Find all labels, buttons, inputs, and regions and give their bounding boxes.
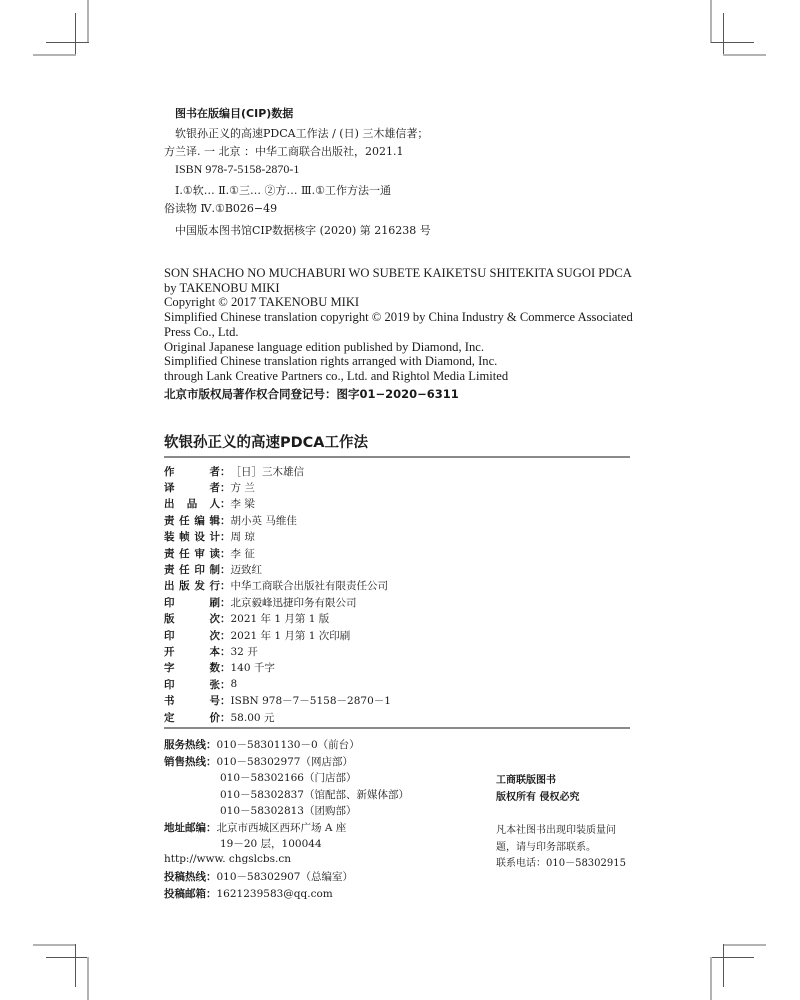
info-value: 北京毅峰迅捷印务有限公司: [231, 595, 357, 610]
cip-catalog-number: 中国版本图书馆CIP数据核字 (2020) 第 216238 号: [175, 224, 431, 238]
info-label: 装帧设计: [164, 529, 220, 544]
sales-hotline: 销售热线：010－58302977（网店部）: [164, 754, 353, 769]
quality-notice: 题，请与印务部联系。: [496, 838, 596, 853]
divider-top: [164, 456, 630, 458]
info-label-char: 张: [210, 677, 221, 692]
info-separator: ：: [220, 464, 231, 479]
info-value: 胡小英 马维佳: [231, 513, 297, 528]
info-label: 字数: [164, 660, 220, 675]
submission-email-label: 投稿邮箱：: [164, 888, 217, 900]
info-label-char: 作: [164, 464, 175, 479]
info-label-char: 计: [209, 529, 220, 544]
info-label: 责任审读: [164, 546, 220, 561]
rights-line: through Lank Creative Partners co., Ltd.…: [164, 369, 644, 384]
submission-hotline-value: 010－58302907（总编室）: [217, 871, 353, 883]
info-value: ISBN 978－7－5158－2870－1: [231, 693, 391, 708]
info-label-char: 印: [194, 562, 205, 577]
info-label: 印张: [164, 677, 220, 692]
info-row: 作者：［日］三木雄信: [164, 463, 304, 479]
service-hotline-value: 010－58301130－0（前台）: [217, 739, 360, 751]
info-label-char: 制: [209, 562, 220, 577]
info-label-char: 责: [164, 562, 175, 577]
info-label-char: 字: [164, 660, 175, 675]
cip-line: 俗读物 Ⅳ.①B026−49: [164, 202, 277, 216]
info-label-char: 版: [179, 578, 190, 593]
info-label-char: 刷: [210, 595, 221, 610]
address-value: 19－20 层，100044: [220, 836, 322, 851]
info-value: 中华工商联合出版社有限责任公司: [231, 578, 389, 593]
sales-hotline-value: 010－58302166（门店部）: [220, 770, 356, 785]
info-label-char: 数: [210, 660, 221, 675]
rights-line: Simplified Chinese translation copyright…: [164, 310, 644, 325]
info-label-char: 任: [179, 546, 190, 561]
info-separator: ：: [220, 562, 231, 577]
info-row: 责任印制：迈致红: [164, 561, 262, 577]
submission-hotline: 投稿热线：010－58302907（总编室）: [164, 869, 353, 884]
info-value: 2021 年 1 月第 1 次印刷: [231, 628, 351, 643]
sales-hotline-value: 010－58302977（网店部）: [217, 756, 353, 768]
info-separator: ：: [220, 578, 231, 593]
info-label: 书号: [164, 693, 220, 708]
info-separator: ：: [220, 496, 231, 511]
info-label: 定价: [164, 710, 220, 725]
info-label-char: 次: [210, 611, 221, 626]
divider-bottom: [164, 727, 630, 729]
service-hotline: 服务热线：010－58301130－0（前台）: [164, 737, 360, 752]
info-separator: ：: [220, 529, 231, 544]
address-label: 地址邮编：: [164, 822, 217, 834]
info-label-char: 品: [187, 496, 198, 511]
info-separator: ：: [220, 480, 231, 495]
cip-isbn: ISBN 978-7-5158-2870-1: [175, 162, 299, 176]
info-label: 开本: [164, 644, 220, 659]
info-label-char: 定: [164, 710, 175, 725]
rights-line: Press Co., Ltd.: [164, 325, 644, 340]
book-title: 软银孙正义的高速PDCA工作法: [164, 431, 368, 452]
info-label-char: 人: [210, 496, 221, 511]
info-value: 周 琼: [231, 529, 255, 544]
info-value: 32 开: [231, 644, 258, 659]
info-separator: ：: [220, 546, 231, 561]
info-label-char: 行: [209, 578, 220, 593]
info-row: 印刷：北京毅峰迅捷印务有限公司: [164, 594, 357, 610]
info-row: 出品人：李 梁: [164, 496, 255, 512]
original-title: SON SHACHO NO MUCHABURI WO SUBETE KAIKET…: [164, 266, 644, 281]
info-row: 定价：58.00 元: [164, 709, 274, 725]
info-label: 出品人: [164, 496, 220, 511]
info-row: 印张：8: [164, 676, 237, 692]
info-label-char: 次: [210, 628, 221, 643]
info-label: 版次: [164, 611, 220, 626]
info-label-char: 设: [194, 529, 205, 544]
info-label-char: 印: [164, 595, 175, 610]
info-value: 李 征: [231, 546, 255, 561]
info-label-char: 译: [164, 480, 175, 495]
info-label-char: 审: [194, 546, 205, 561]
info-label: 责任印制: [164, 562, 220, 577]
address-value: 北京市西城区西环广场 A 座: [217, 822, 347, 834]
info-label: 印刷: [164, 595, 220, 610]
info-label-char: 辑: [209, 513, 220, 528]
info-value: 方 兰: [231, 480, 255, 495]
submission-email: 投稿邮箱：1621239583@qq.com: [164, 886, 333, 901]
submission-email-value[interactable]: 1621239583@qq.com: [217, 888, 333, 900]
info-separator: ：: [220, 710, 231, 725]
info-value: 140 千字: [231, 660, 275, 675]
info-row: 版次：2021 年 1 月第 1 版: [164, 611, 329, 627]
cip-line: Ⅰ.①软… Ⅱ.①三… ②方… Ⅲ.①工作方法一通: [175, 184, 391, 198]
service-hotline-label: 服务热线：: [164, 739, 217, 751]
sales-hotline-value: 010－58302813（团购部）: [220, 803, 356, 818]
info-separator: ：: [220, 677, 231, 692]
info-label-char: 帧: [179, 529, 190, 544]
rights-reserved: 版权所有 侵权必究: [496, 788, 579, 803]
info-label-char: 本: [210, 644, 221, 659]
info-label-char: 价: [210, 710, 221, 725]
info-label-char: 号: [210, 693, 221, 708]
info-label: 译者: [164, 480, 220, 495]
info-value: 迈致红: [231, 562, 263, 577]
cip-line: 软银孙正义的高速PDCA工作法 / (日) 三木雄信著；: [175, 127, 428, 141]
info-label-char: 印: [164, 677, 175, 692]
info-label-char: 出: [164, 496, 175, 511]
info-label-char: 印: [164, 628, 175, 643]
info-row: 责任审读：李 征: [164, 545, 255, 561]
info-value: 8: [231, 678, 238, 690]
info-row: 装帧设计：周 琼: [164, 529, 255, 545]
info-separator: ：: [220, 611, 231, 626]
info-label-char: 开: [164, 644, 175, 659]
english-rights-block: SON SHACHO NO MUCHABURI WO SUBETE KAIKET…: [164, 266, 644, 384]
info-label-char: 读: [209, 546, 220, 561]
info-value: 李 梁: [231, 496, 255, 511]
info-row: 书号：ISBN 978－7－5158－2870－1: [164, 693, 391, 709]
info-label-char: 出: [164, 578, 175, 593]
quality-notice: 凡本社图书出现印装质量问: [496, 821, 616, 836]
cip-title: 图书在版编目(CIP)数据: [175, 105, 293, 121]
copyright-registration: 北京市版权局著作权合同登记号：图字01−2020−6311: [164, 386, 459, 402]
info-label-char: 装: [164, 529, 175, 544]
rights-line: by TAKENOBU MIKI: [164, 281, 644, 296]
website-link[interactable]: http://www. chgslcbs.cn: [164, 853, 291, 865]
info-separator: ：: [220, 644, 231, 659]
info-row: 印次：2021 年 1 月第 1 次印刷: [164, 627, 350, 643]
contact-phone: 联系电话：010－58302915: [496, 854, 626, 869]
cip-line: 方兰译. 一 北京 ：中华工商联合出版社，2021.1: [164, 145, 403, 159]
info-value: 2021 年 1 月第 1 版: [231, 611, 330, 626]
info-row: 责任编辑：胡小英 马维佳: [164, 512, 297, 528]
info-row: 字数：140 千字: [164, 660, 275, 676]
sales-hotline-value: 010－58302837（馆配部、新媒体部）: [220, 787, 409, 802]
address: 地址邮编：北京市西城区西环广场 A 座: [164, 820, 346, 835]
rights-line: Original Japanese language edition publi…: [164, 340, 644, 355]
info-row: 出版发行：中华工商联合出版社有限责任公司: [164, 578, 388, 594]
info-label-char: 发: [194, 578, 205, 593]
info-label-char: 者: [210, 480, 221, 495]
info-label: 印次: [164, 628, 220, 643]
info-value: ［日］三木雄信: [231, 464, 305, 479]
info-row: 译者：方 兰: [164, 479, 255, 495]
publisher-mark: 工商联版图书: [496, 771, 556, 786]
info-label-char: 版: [164, 611, 175, 626]
info-label: 出版发行: [164, 578, 220, 593]
info-label-char: 责: [164, 546, 175, 561]
info-label: 作者: [164, 464, 220, 479]
rights-line: Copyright © 2017 TAKENOBU MIKI: [164, 295, 644, 310]
info-label-char: 书: [164, 693, 175, 708]
info-label-char: 编: [194, 513, 205, 528]
rights-line: Simplified Chinese translation rights ar…: [164, 354, 644, 369]
info-separator: ：: [220, 628, 231, 643]
info-label: 责任编辑: [164, 513, 220, 528]
sales-hotline-label: 销售热线：: [164, 756, 217, 768]
info-separator: ：: [220, 660, 231, 675]
info-label-char: 任: [179, 562, 190, 577]
info-separator: ：: [220, 513, 231, 528]
info-separator: ：: [220, 693, 231, 708]
submission-hotline-label: 投稿热线：: [164, 871, 217, 883]
info-label-char: 责: [164, 513, 175, 528]
info-row: 开本：32 开: [164, 643, 258, 659]
info-separator: ：: [220, 595, 231, 610]
info-label-char: 任: [179, 513, 190, 528]
info-value: 58.00 元: [231, 710, 275, 725]
info-label-char: 者: [210, 464, 221, 479]
